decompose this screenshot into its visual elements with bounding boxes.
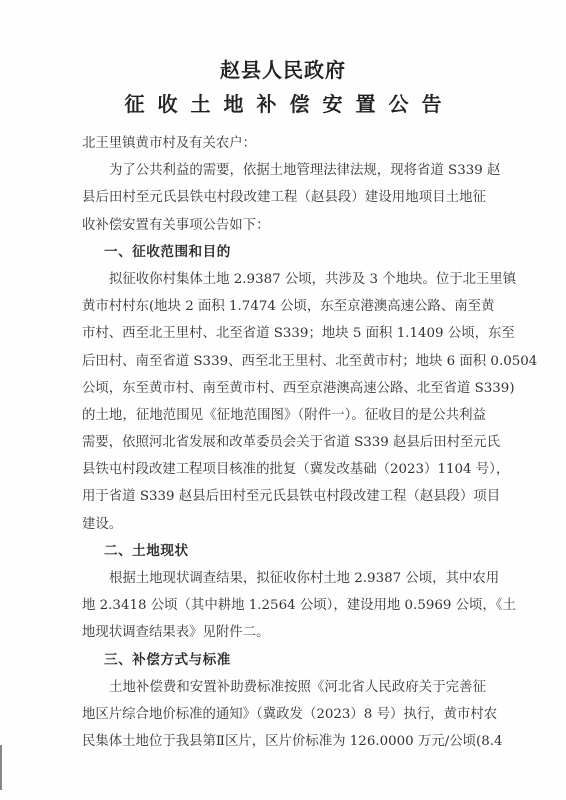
notice-title: 征收土地补偿安置公告 (0, 88, 566, 117)
issuer-title: 赵县人民政府 (0, 54, 566, 83)
paragraph-line: 建设。 (82, 511, 486, 538)
paragraph-line: 拟征收你村集体土地 2.9387 公顷，共涉及 3 个地块。位于北王里镇 (82, 266, 486, 293)
paragraph-line: 后田村、南至省道 S339、西至北王里村、北至黄市村；地块 6 面积 0.050… (82, 348, 486, 375)
paragraph-line: 县铁屯村段改建工程项目核准的批复（冀发改基础（2023）1104 号）， (82, 456, 486, 483)
paragraph-line: 的土地，征地范围见《征地范围图》（附件一）。征收目的是公共利益 (82, 402, 486, 429)
section-heading-compensation: 三、补偿方式与标准 (82, 647, 486, 674)
paragraph-line: 需要，依照河北省发展和改革委员会关于省道 S339 赵县后田村至元氏 (82, 429, 486, 456)
paragraph-line: 地现状调查结果表》见附件二。 (82, 619, 486, 646)
intro-line: 为了公共利益的需要，依据土地管理法律法规，现将省道 S339 赵 (82, 157, 486, 184)
paragraph-line: 公顷，东至黄市村、南至黄市村、西至京港澳高速公路、北至省道 S339) (82, 375, 486, 402)
paragraph-line: 土地补偿费和安置补助费标准按照《河北省人民政府关于完善征 (82, 674, 486, 701)
paragraph-line: 地区片综合地价标准的通知》（冀政发（2023）8 号）执行，黄市村农 (82, 701, 486, 728)
paragraph-line: 用于省道 S339 赵县后田村至元氏县铁屯村段改建工程（赵县段）项目 (82, 483, 486, 510)
salutation: 北王里镇黄市村及有关农户： (82, 130, 486, 157)
paragraph-line: 民集体土地位于我县第Ⅱ区片，区片价标准为 126.0000 万元/公顷(8.4 (82, 728, 486, 755)
paragraph-line: 根据土地现状调查结果，拟征收你村土地 2.9387 公顷，其中农用 (82, 565, 486, 592)
intro-line: 收补偿安置有关事项公告如下： (82, 212, 486, 239)
paragraph-line: 黄市村村东(地块 2 面积 1.7474 公顷，东至京港澳高速公路、南至黄 (82, 293, 486, 320)
document-body: 北王里镇黄市村及有关农户： 为了公共利益的需要，依据土地管理法律法规，现将省道 … (82, 130, 486, 755)
section-heading-land-status: 二、土地现状 (82, 538, 486, 565)
paragraph-line: 地 2.3418 公顷（其中耕地 1.2564 公顷），建设用地 0.5969 … (82, 592, 486, 619)
paragraph-line: 市村、西至北王里村、北至省道 S339；地块 5 面积 1.1409 公顷，东至 (82, 320, 486, 347)
scan-edge (0, 745, 2, 790)
intro-line: 县后田村至元氏县铁屯村段改建工程（赵县段）建设用地项目土地征 (82, 184, 486, 211)
document-page: 赵县人民政府 征收土地补偿安置公告 北王里镇黄市村及有关农户： 为了公共利益的需… (0, 0, 566, 800)
section-heading-scope: 一、征收范围和目的 (82, 239, 486, 266)
